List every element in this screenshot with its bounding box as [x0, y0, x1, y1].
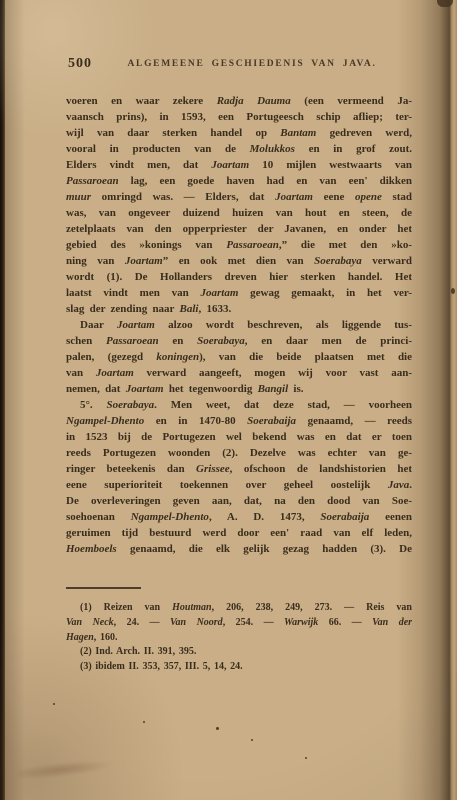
text-line: vaansch prins), in 1593, een Portugeesch… — [66, 109, 412, 125]
text-line: laatst vindt men van Joartam gewag gemaa… — [66, 285, 412, 301]
paper-speck — [53, 703, 55, 705]
text-line: geruimen tijd bestuurd werd door een' ra… — [66, 525, 412, 541]
text-line: schen Passaroean en Soerabaya, en daar m… — [66, 333, 412, 349]
text-line: wordt (1). De Hollanders dreven hier ste… — [66, 269, 412, 285]
paragraph: 5°. Soerabaya. Men weet, dat deze stad, … — [66, 397, 412, 557]
body-text: voeren en waar zekere Radja Dauma (een v… — [66, 93, 412, 557]
text-line: Ngampel-Dhento en in 1470-80 Soerabaija … — [66, 413, 412, 429]
paper-speck — [143, 721, 145, 723]
text-line: gebied des »konings van Passaroean,” die… — [66, 237, 412, 253]
paragraph: voeren en waar zekere Radja Dauma (een v… — [66, 93, 412, 317]
text-line: Passaroean lag, een goede haven had en v… — [66, 173, 412, 189]
footnote: (1) Reizen van Houtman, 206, 238, 249, 2… — [66, 601, 412, 645]
text-line: eene superioriteit toekennen over geheel… — [66, 477, 412, 493]
running-header: ALGEMEENE GESCHIEDENIS VAN JAVA. — [66, 59, 412, 69]
text-line: soehoenan Ngampel-Dhento, A. D. 1473, So… — [66, 509, 412, 525]
text-line: ringer beteekenis dan Grissee, ofschoon … — [66, 461, 412, 477]
footnote-line: Hagen, 160. — [66, 631, 412, 646]
page-edge — [449, 0, 457, 800]
text-line: was, van ongeveer duizend huizen van hou… — [66, 205, 412, 221]
paper-speck — [305, 757, 307, 759]
page-header: 500 ALGEMEENE GESCHIEDENIS VAN JAVA. — [66, 57, 412, 75]
paragraph: Daar Joartam alzoo wordt beschreven, als… — [66, 317, 412, 397]
footnote-line: (2) Ind. Arch. II. 391, 395. — [66, 645, 412, 660]
paper-smudge — [17, 754, 138, 782]
text-line: Elders vindt men, dat Joartam 10 mijlen … — [66, 157, 412, 173]
paper-speck — [451, 288, 455, 294]
text-line: Daar Joartam alzoo wordt beschreven, als… — [66, 317, 412, 333]
text-line: vooral in producten van de Molukkos en i… — [66, 141, 412, 157]
text-line: muur omringd was. — Elders, dat Joartam … — [66, 189, 412, 205]
footnote-line: (3) ibidem II. 353, 357, III. 5, 14, 24. — [66, 660, 412, 675]
footnote: (2) Ind. Arch. II. 391, 395. — [66, 645, 412, 660]
footnote: (3) ibidem II. 353, 357, III. 5, 14, 24. — [66, 660, 412, 675]
footnote-separator — [66, 587, 141, 589]
text-line: zetelplaats van den opperpriester der Ja… — [66, 221, 412, 237]
left-gutter-fade — [5, 0, 25, 800]
text-line: slag der zending naar Bali, 1633. — [66, 301, 412, 317]
paper-speck — [251, 739, 253, 741]
text-line: Hoemboels genaamd, die elk gelijk gezag … — [66, 541, 412, 557]
book-page-scan: 500 ALGEMEENE GESCHIEDENIS VAN JAVA. voe… — [0, 0, 457, 800]
footnote-line: (1) Reizen van Houtman, 206, 238, 249, 2… — [66, 601, 412, 616]
page-number: 500 — [68, 56, 92, 72]
text-line: in 1523 bij de Portugezen wel bekend was… — [66, 429, 412, 445]
text-line: reeds Portugezen woonden (2). Dezelve wa… — [66, 445, 412, 461]
paper-speck — [216, 727, 219, 730]
text-line: De overleveringen geven aan, dat, na den… — [66, 493, 412, 509]
text-line: nemen, dat Joartam het tegenwoordig Bang… — [66, 381, 412, 397]
text-line: van Joartam verward aangeeft, mogen wij … — [66, 365, 412, 381]
text-line: palen, (gezegd koningen), van die beide … — [66, 349, 412, 365]
text-line: voeren en waar zekere Radja Dauma (een v… — [66, 93, 412, 109]
text-line: 5°. Soerabaya. Men weet, dat deze stad, … — [66, 397, 412, 413]
footnotes: (1) Reizen van Houtman, 206, 238, 249, 2… — [66, 601, 412, 675]
footnote-line: Van Neck, 24. — Van Noord, 254. — Warwij… — [66, 616, 412, 631]
text-line: ning van Joartam” en ook met dien van So… — [66, 253, 412, 269]
text-line: wijl van daar sterken handel op Bantam g… — [66, 125, 412, 141]
